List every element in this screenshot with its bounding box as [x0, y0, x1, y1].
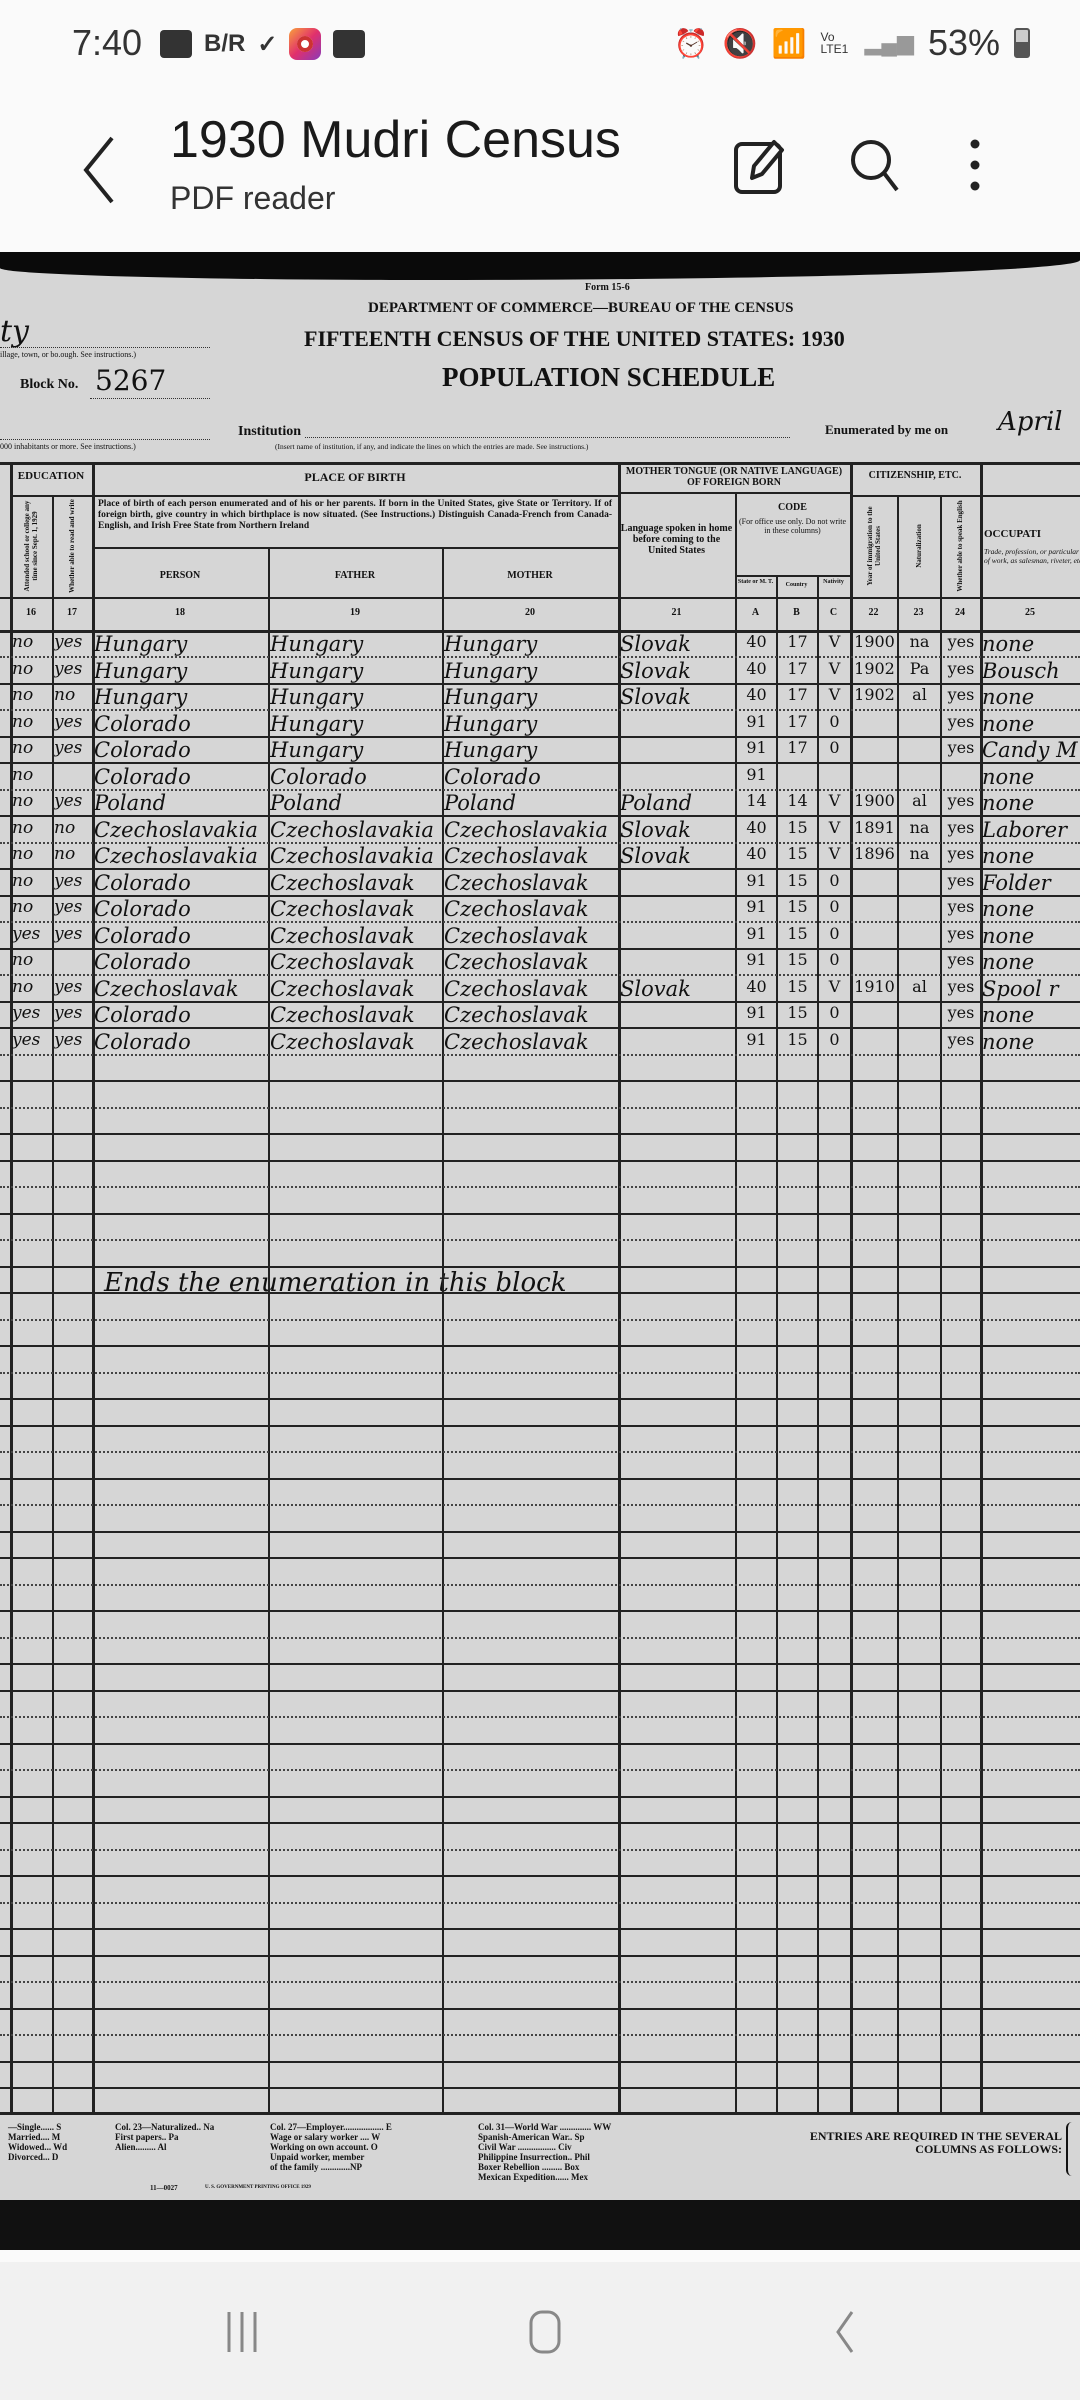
occupation-header: OCCUPATI	[984, 528, 1080, 540]
footer-code-line: Alien......... Al	[115, 2142, 214, 2152]
table-cell: Poland	[620, 791, 735, 815]
table-cell: 91	[737, 924, 776, 943]
print-code: 11—0027	[150, 2184, 178, 2192]
chevron-left-icon	[76, 130, 126, 210]
table-cell: yes	[54, 871, 92, 891]
row-rule	[0, 1557, 1080, 1559]
row-rule	[0, 1107, 1080, 1109]
table-cell: V	[819, 844, 850, 863]
footer-code-line: Married.... M	[8, 2132, 67, 2142]
table-cell: Czechoslavak	[444, 1003, 618, 1027]
table-cell: 1902	[852, 659, 897, 678]
table-cell: V	[819, 791, 850, 810]
table-cell: Czechoslavak	[270, 1003, 442, 1027]
table-cell: 0	[819, 712, 850, 731]
table-cell: Hungary	[444, 712, 618, 736]
footer-col27-codes: Col. 27—Employer.................. EWage…	[270, 2122, 392, 2172]
col22-header-text: Year of immigration to the United States	[866, 498, 882, 594]
table-cell: yes	[942, 685, 980, 704]
row-rule	[0, 1239, 1080, 1241]
table-cell: no	[12, 871, 52, 891]
table-cell: Czechoslavak	[444, 977, 618, 1001]
code-note: (For office use only. Do not write in th…	[735, 517, 850, 535]
table-cell: 1896	[852, 844, 897, 863]
table-cell: Hungary	[94, 632, 268, 656]
footer-code-line: Philippine Insurrection.. Phil	[478, 2152, 611, 2162]
table-cell: 1891	[852, 818, 897, 837]
recent-apps-icon	[217, 2307, 267, 2357]
table-cell: V	[819, 977, 850, 996]
table-cell: Czechoslavak	[444, 924, 618, 948]
column-number: 16	[10, 607, 52, 618]
table-cell: Czechoslavak	[94, 977, 268, 1001]
table-cell: yes	[942, 659, 980, 678]
table-cell: Czechoslavak	[270, 950, 442, 974]
row-rule	[0, 1796, 1080, 1798]
enumerated-label: Enumerated by me on	[825, 422, 948, 438]
table-cell: yes	[942, 818, 980, 837]
table-cell: yes	[54, 977, 92, 997]
block-number: 5267	[95, 364, 166, 397]
table-cell: 40	[737, 632, 776, 651]
table-cell: Poland	[444, 791, 618, 815]
column-number: 23	[897, 607, 940, 618]
table-cell: Hungary	[270, 712, 442, 736]
code-c-header: Nativity	[817, 579, 850, 586]
table-cell: no	[54, 844, 92, 864]
code-b-header: Country	[776, 582, 817, 588]
table-cell: V	[819, 685, 850, 704]
table-cell: Colorado	[270, 765, 442, 789]
search-icon	[845, 130, 905, 200]
table-cell: Czechoslavak	[444, 844, 618, 868]
home-icon	[520, 2307, 570, 2357]
table-cell: no	[12, 844, 52, 864]
table-cell: Czechoslavakia	[270, 818, 442, 842]
header-rule	[0, 597, 1080, 599]
footer-marital-codes: —Single...... SMarried.... MWidowed... W…	[8, 2122, 67, 2162]
table-cell: yes	[54, 1003, 92, 1023]
table-cell: no	[12, 685, 52, 705]
footer-code-line: Widowed... Wd	[8, 2142, 67, 2152]
footer-bracket	[1066, 2122, 1074, 2176]
row-rule	[0, 1690, 1080, 1692]
printer-note: U. S. GOVERNMENT PRINTING OFFICE 1929	[205, 2185, 311, 2190]
table-cell: 91	[737, 871, 776, 890]
alarm-icon: ⏰	[674, 27, 709, 60]
table-cell: 15	[778, 844, 817, 863]
row-rule	[0, 1186, 1080, 1188]
header-rule	[92, 547, 618, 549]
footer-code-line: Col. 31—World War .............. WW	[478, 2122, 611, 2132]
battery-percent: 53%	[928, 22, 1000, 64]
table-cell: Colorado	[94, 1030, 268, 1054]
signal-icon: ▂▄▆	[865, 30, 914, 56]
col24-header: Whether able to speak English	[940, 495, 980, 597]
table-cell: no	[12, 712, 52, 732]
table-cell: 17	[778, 685, 817, 704]
table-cell: Bousch	[982, 659, 1080, 683]
row-rule	[0, 1875, 1080, 1877]
table-cell: 91	[737, 897, 776, 916]
table-cell: none	[982, 1030, 1080, 1054]
schedule-title: POPULATION SCHEDULE	[442, 362, 775, 393]
col17-header: Whether able to read and write	[52, 495, 92, 597]
footer-code-line: Spanish-American War.. Sp	[478, 2132, 611, 2142]
table-cell: yes	[54, 632, 92, 652]
table-cell: na	[899, 818, 940, 837]
table-cell: na	[899, 844, 940, 863]
back-button[interactable]	[76, 130, 126, 210]
table-cell: 14	[737, 791, 776, 810]
census-title: FIFTEENTH CENSUS OF THE UNITED STATES: 1…	[304, 326, 845, 352]
language-spoken-header: Language spoken in home before coming to…	[620, 523, 733, 556]
column-number: B	[776, 607, 817, 618]
table-cell: 14	[778, 791, 817, 810]
table-cell: no	[12, 977, 52, 997]
mother-header: MOTHER	[442, 570, 618, 581]
table-cell: Hungary	[444, 632, 618, 656]
row-rule	[0, 1531, 1080, 1533]
row-rule	[0, 1504, 1080, 1506]
table-cell: none	[982, 1003, 1080, 1027]
table-cell: Colorado	[94, 871, 268, 895]
institution-hint: (Insert name of institution, if any, and…	[275, 442, 588, 451]
table-cell: 91	[737, 712, 776, 731]
occupation-note: Trade, profession, or particular kind of…	[984, 547, 1080, 565]
row-rule	[0, 1610, 1080, 1612]
row-rule	[0, 1160, 1080, 1162]
row-rule	[0, 2061, 1080, 2063]
table-cell: 17	[778, 659, 817, 678]
table-cell: Spool r	[982, 977, 1080, 1001]
table-cell: Hungary	[270, 738, 442, 762]
footer-code-line: of the family .............NP	[270, 2162, 392, 2172]
table-cell: 17	[778, 632, 817, 651]
table-cell: Hungary	[444, 659, 618, 683]
table-cell: 15	[778, 977, 817, 996]
search-button[interactable]	[845, 130, 905, 200]
col16-header: Attended school or college any time sinc…	[10, 495, 52, 597]
table-cell: Poland	[270, 791, 442, 815]
table-cell: yes	[942, 844, 980, 863]
table-cell: V	[819, 659, 850, 678]
row-rule	[0, 1981, 1080, 1983]
volte-icon: Vo LTE1	[821, 31, 851, 55]
table-cell: Colorado	[94, 950, 268, 974]
table-cell: na	[899, 632, 940, 651]
table-cell: none	[982, 712, 1080, 736]
col24-header-text: Whether able to speak English	[956, 498, 964, 594]
table-cell: 0	[819, 897, 850, 916]
table-cell: yes	[942, 632, 980, 651]
table-cell: yes	[54, 1030, 92, 1050]
table-cell: no	[12, 791, 52, 811]
edit-button[interactable]	[730, 130, 790, 200]
mute-icon: 🔇	[723, 27, 758, 60]
app-bar: 1930 Mudri Census PDF reader	[0, 90, 1080, 250]
city-hint: illage, town, or bo.ough. See instructio…	[0, 350, 136, 359]
header-rule	[92, 495, 618, 497]
table-cell: yes	[54, 897, 92, 917]
table-cell: Czechoslavak	[444, 871, 618, 895]
table-cell: Slovak	[620, 659, 735, 683]
table-cell: yes	[54, 791, 92, 811]
row-rule	[0, 1425, 1080, 1427]
mother-tongue-header: MOTHER TONGUE (OR NATIVE LANGUAGE) OF FO…	[618, 466, 850, 488]
footer-col23-codes: Col. 23—Naturalized.. NaFirst papers.. P…	[115, 2122, 214, 2152]
table-cell: no	[12, 765, 52, 785]
more-options-icon	[950, 130, 1000, 200]
enumerated-date: April	[998, 407, 1062, 437]
row-rule	[0, 1451, 1080, 1453]
table-cell: al	[899, 977, 940, 996]
table-cell: Hungary	[270, 685, 442, 709]
table-cell: Colorado	[94, 738, 268, 762]
table-cell: Czechoslavakia	[270, 844, 442, 868]
table-cell: no	[12, 950, 52, 970]
entries-note: ENTRIES ARE REQUIRED IN THE SEVERAL COLU…	[770, 2130, 1070, 2156]
table-cell: Hungary	[94, 685, 268, 709]
row-rule	[0, 1292, 1080, 1294]
table-cell: no	[12, 818, 52, 838]
table-cell: al	[899, 791, 940, 810]
row-rule	[0, 2008, 1080, 2010]
col17-header-text: Whether able to read and write	[68, 498, 76, 594]
table-cell: 91	[737, 765, 776, 784]
row-rule	[0, 1637, 1080, 1639]
column-number: 19	[268, 607, 442, 618]
download-done-icon: ✓	[257, 28, 277, 60]
status-bar: 7:40 B/R ✓ ⏰ 🔇 📶 Vo LTE1 ▂▄▆ 53%	[0, 0, 1080, 90]
col16-header-text: Attended school or college any time sinc…	[23, 498, 39, 594]
col22-header: Year of immigration to the United States	[850, 495, 897, 597]
table-cell: 0	[819, 924, 850, 943]
edit-icon	[730, 130, 790, 200]
home-button[interactable]	[495, 2292, 595, 2372]
table-cell: 40	[737, 844, 776, 863]
place-of-birth-instructions: Place of birth of each person enumerated…	[98, 499, 612, 532]
table-cell: Hungary	[444, 685, 618, 709]
row-rule	[0, 1133, 1080, 1135]
column-number: 25	[980, 607, 1080, 618]
table-cell: none	[982, 924, 1080, 948]
column-number: 24	[940, 607, 980, 618]
table-cell: 0	[819, 950, 850, 969]
row-rule	[0, 1054, 1080, 1056]
table-cell: V	[819, 632, 850, 651]
footer-code-line: Col. 23—Naturalized.. Na	[115, 2122, 214, 2132]
table-cell: yes	[54, 738, 92, 758]
table-cell: 15	[778, 818, 817, 837]
footer-code-line: Divorced... D	[8, 2152, 67, 2162]
table-cell: 0	[819, 1030, 850, 1049]
table-cell: Pa	[899, 659, 940, 678]
row-rule	[0, 1478, 1080, 1480]
voicemail-icon	[160, 30, 192, 58]
table-cell: Czechoslavak	[270, 1030, 442, 1054]
table-cell: 91	[737, 1030, 776, 1049]
pdf-page-viewer[interactable]: Form 15-6 DEPARTMENT OF COMMERCE—BUREAU …	[0, 252, 1080, 2250]
br-app-icon: B/R	[204, 28, 245, 60]
recent-apps-button[interactable]	[192, 2292, 292, 2372]
table-cell: none	[982, 685, 1080, 709]
battery-icon	[1014, 28, 1030, 58]
inhabitants-hint: 000 inhabitants or more. See instruction…	[0, 442, 136, 451]
table-cell: yes	[942, 897, 980, 916]
table-cell: Czechoslavak	[444, 1030, 618, 1054]
table-cell: yes	[942, 924, 980, 943]
table-cell: 15	[778, 950, 817, 969]
table-cell: Czechoslavak	[270, 871, 442, 895]
table-cell: yes	[942, 738, 980, 757]
row-rule	[0, 1769, 1080, 1771]
row-rule	[0, 1584, 1080, 1586]
table-cell: no	[12, 738, 52, 758]
table-cell: Czechoslavakia	[94, 844, 268, 868]
column-rule	[735, 492, 737, 2112]
table-cell: 0	[819, 871, 850, 890]
table-cell: yes	[942, 871, 980, 890]
table-cell: Laborer	[982, 818, 1080, 842]
table-cell: 1900	[852, 791, 897, 810]
table-cell: Hungary	[444, 738, 618, 762]
block-label: Block No.	[20, 377, 78, 393]
institution-label: Institution	[238, 424, 301, 440]
footer-code-line: Col. 27—Employer.................. E	[270, 2122, 392, 2132]
nav-back-button[interactable]	[795, 2292, 895, 2372]
table-cell: none	[982, 765, 1080, 789]
table-cell: Czechoslavak	[270, 977, 442, 1001]
col23-header: Naturalization	[897, 495, 940, 597]
more-options-button[interactable]	[950, 130, 1000, 200]
table-top-rule	[0, 462, 1080, 465]
person-header: PERSON	[92, 570, 268, 581]
column-number: A	[735, 607, 776, 618]
column-number: 22	[850, 607, 897, 618]
row-rule	[0, 1319, 1080, 1321]
table-cell: yes	[942, 950, 980, 969]
table-cell: Slovak	[620, 977, 735, 1001]
notification-icons: B/R ✓	[160, 28, 365, 60]
navigation-bar	[0, 2262, 1080, 2400]
row-rule	[0, 1398, 1080, 1400]
table-cell: yes	[54, 659, 92, 679]
table-cell: none	[982, 632, 1080, 656]
column-number: 17	[52, 607, 92, 618]
table-cell: Poland	[94, 791, 268, 815]
table-cell: Czechoslavakia	[444, 818, 618, 842]
table-cell: Colorado	[94, 1003, 268, 1027]
page-edge-shadow	[0, 252, 1080, 280]
row-rule	[0, 1743, 1080, 1745]
table-cell: 15	[778, 1003, 817, 1022]
instagram-icon	[289, 28, 321, 60]
table-cell: yes	[942, 1003, 980, 1022]
gallery-icon	[333, 30, 365, 58]
footer-code-line: First papers.. Pa	[115, 2132, 214, 2142]
table-cell: yes	[12, 1003, 52, 1023]
table-cell: yes	[942, 1030, 980, 1049]
column-number: C	[817, 607, 850, 618]
table-cell: 91	[737, 950, 776, 969]
citizenship-header: CITIZENSHIP, ETC.	[850, 470, 980, 481]
table-cell: 91	[737, 738, 776, 757]
table-cell: none	[982, 897, 1080, 921]
education-header: EDUCATION	[10, 470, 92, 482]
table-cell: Czechoslavak	[270, 897, 442, 921]
app-subtitle: PDF reader	[170, 180, 335, 217]
department-title: DEPARTMENT OF COMMERCE—BUREAU OF THE CEN…	[368, 300, 793, 317]
table-cell: V	[819, 818, 850, 837]
row-rule	[0, 1663, 1080, 1665]
table-cell: Colorado	[94, 924, 268, 948]
table-cell: yes	[54, 712, 92, 732]
table-cell: Hungary	[270, 632, 442, 656]
table-cell: yes	[12, 1030, 52, 1050]
row-rule	[0, 1345, 1080, 1347]
form-number: Form 15-6	[585, 282, 630, 293]
row-rule	[0, 1080, 1080, 1082]
city-handwriting: ty	[0, 314, 29, 349]
table-cell: 15	[778, 924, 817, 943]
table-cell: al	[899, 685, 940, 704]
table-cell: 40	[737, 685, 776, 704]
table-cell: Hungary	[94, 659, 268, 683]
footer-code-line: Wage or salary worker .... W	[270, 2132, 392, 2142]
row-rule	[0, 1372, 1080, 1374]
table-cell: 1902	[852, 685, 897, 704]
document-title: 1930 Mudri Census	[170, 110, 621, 170]
table-cell: 0	[819, 1003, 850, 1022]
footer-code-line: Working on own account. O	[270, 2142, 392, 2152]
table-cell: Slovak	[620, 632, 735, 656]
table-cell: yes	[942, 791, 980, 810]
row-rule	[0, 1266, 1080, 1268]
row-rule	[0, 1849, 1080, 1851]
code-a-header: State or M. T.	[735, 579, 776, 586]
table-cell: Colorado	[94, 897, 268, 921]
table-cell: 15	[778, 871, 817, 890]
footer-code-line: Civil War ................. Civ	[478, 2142, 611, 2152]
place-of-birth-header: PLACE OF BIRTH	[92, 470, 618, 485]
row-rule	[0, 2087, 1080, 2089]
table-cell: none	[982, 791, 1080, 815]
table-cell: Folder	[982, 871, 1080, 895]
table-cell: no	[12, 897, 52, 917]
table-cell: Colorado	[444, 765, 618, 789]
table-cell: no	[54, 685, 92, 705]
table-cell: 40	[737, 659, 776, 678]
column-number: 18	[92, 607, 268, 618]
back-icon	[820, 2307, 870, 2357]
header-rule	[735, 575, 850, 577]
table-cell: none	[982, 844, 1080, 868]
row-rule	[0, 1955, 1080, 1957]
header-rule	[618, 492, 850, 494]
table-cell: Hungary	[270, 659, 442, 683]
table-cell: Czechoslavak	[444, 950, 618, 974]
table-cell: 91	[737, 1003, 776, 1022]
row-rule	[0, 1213, 1080, 1215]
table-cell: Czechoslavak	[444, 897, 618, 921]
table-cell: 40	[737, 977, 776, 996]
footer-code-line: Boxer Rebellion ......... Box	[478, 2162, 611, 2172]
row-rule	[0, 2034, 1080, 2036]
footer-code-line: —Single...... S	[8, 2122, 67, 2132]
code-header: CODE	[735, 502, 850, 513]
table-cell: yes	[942, 977, 980, 996]
